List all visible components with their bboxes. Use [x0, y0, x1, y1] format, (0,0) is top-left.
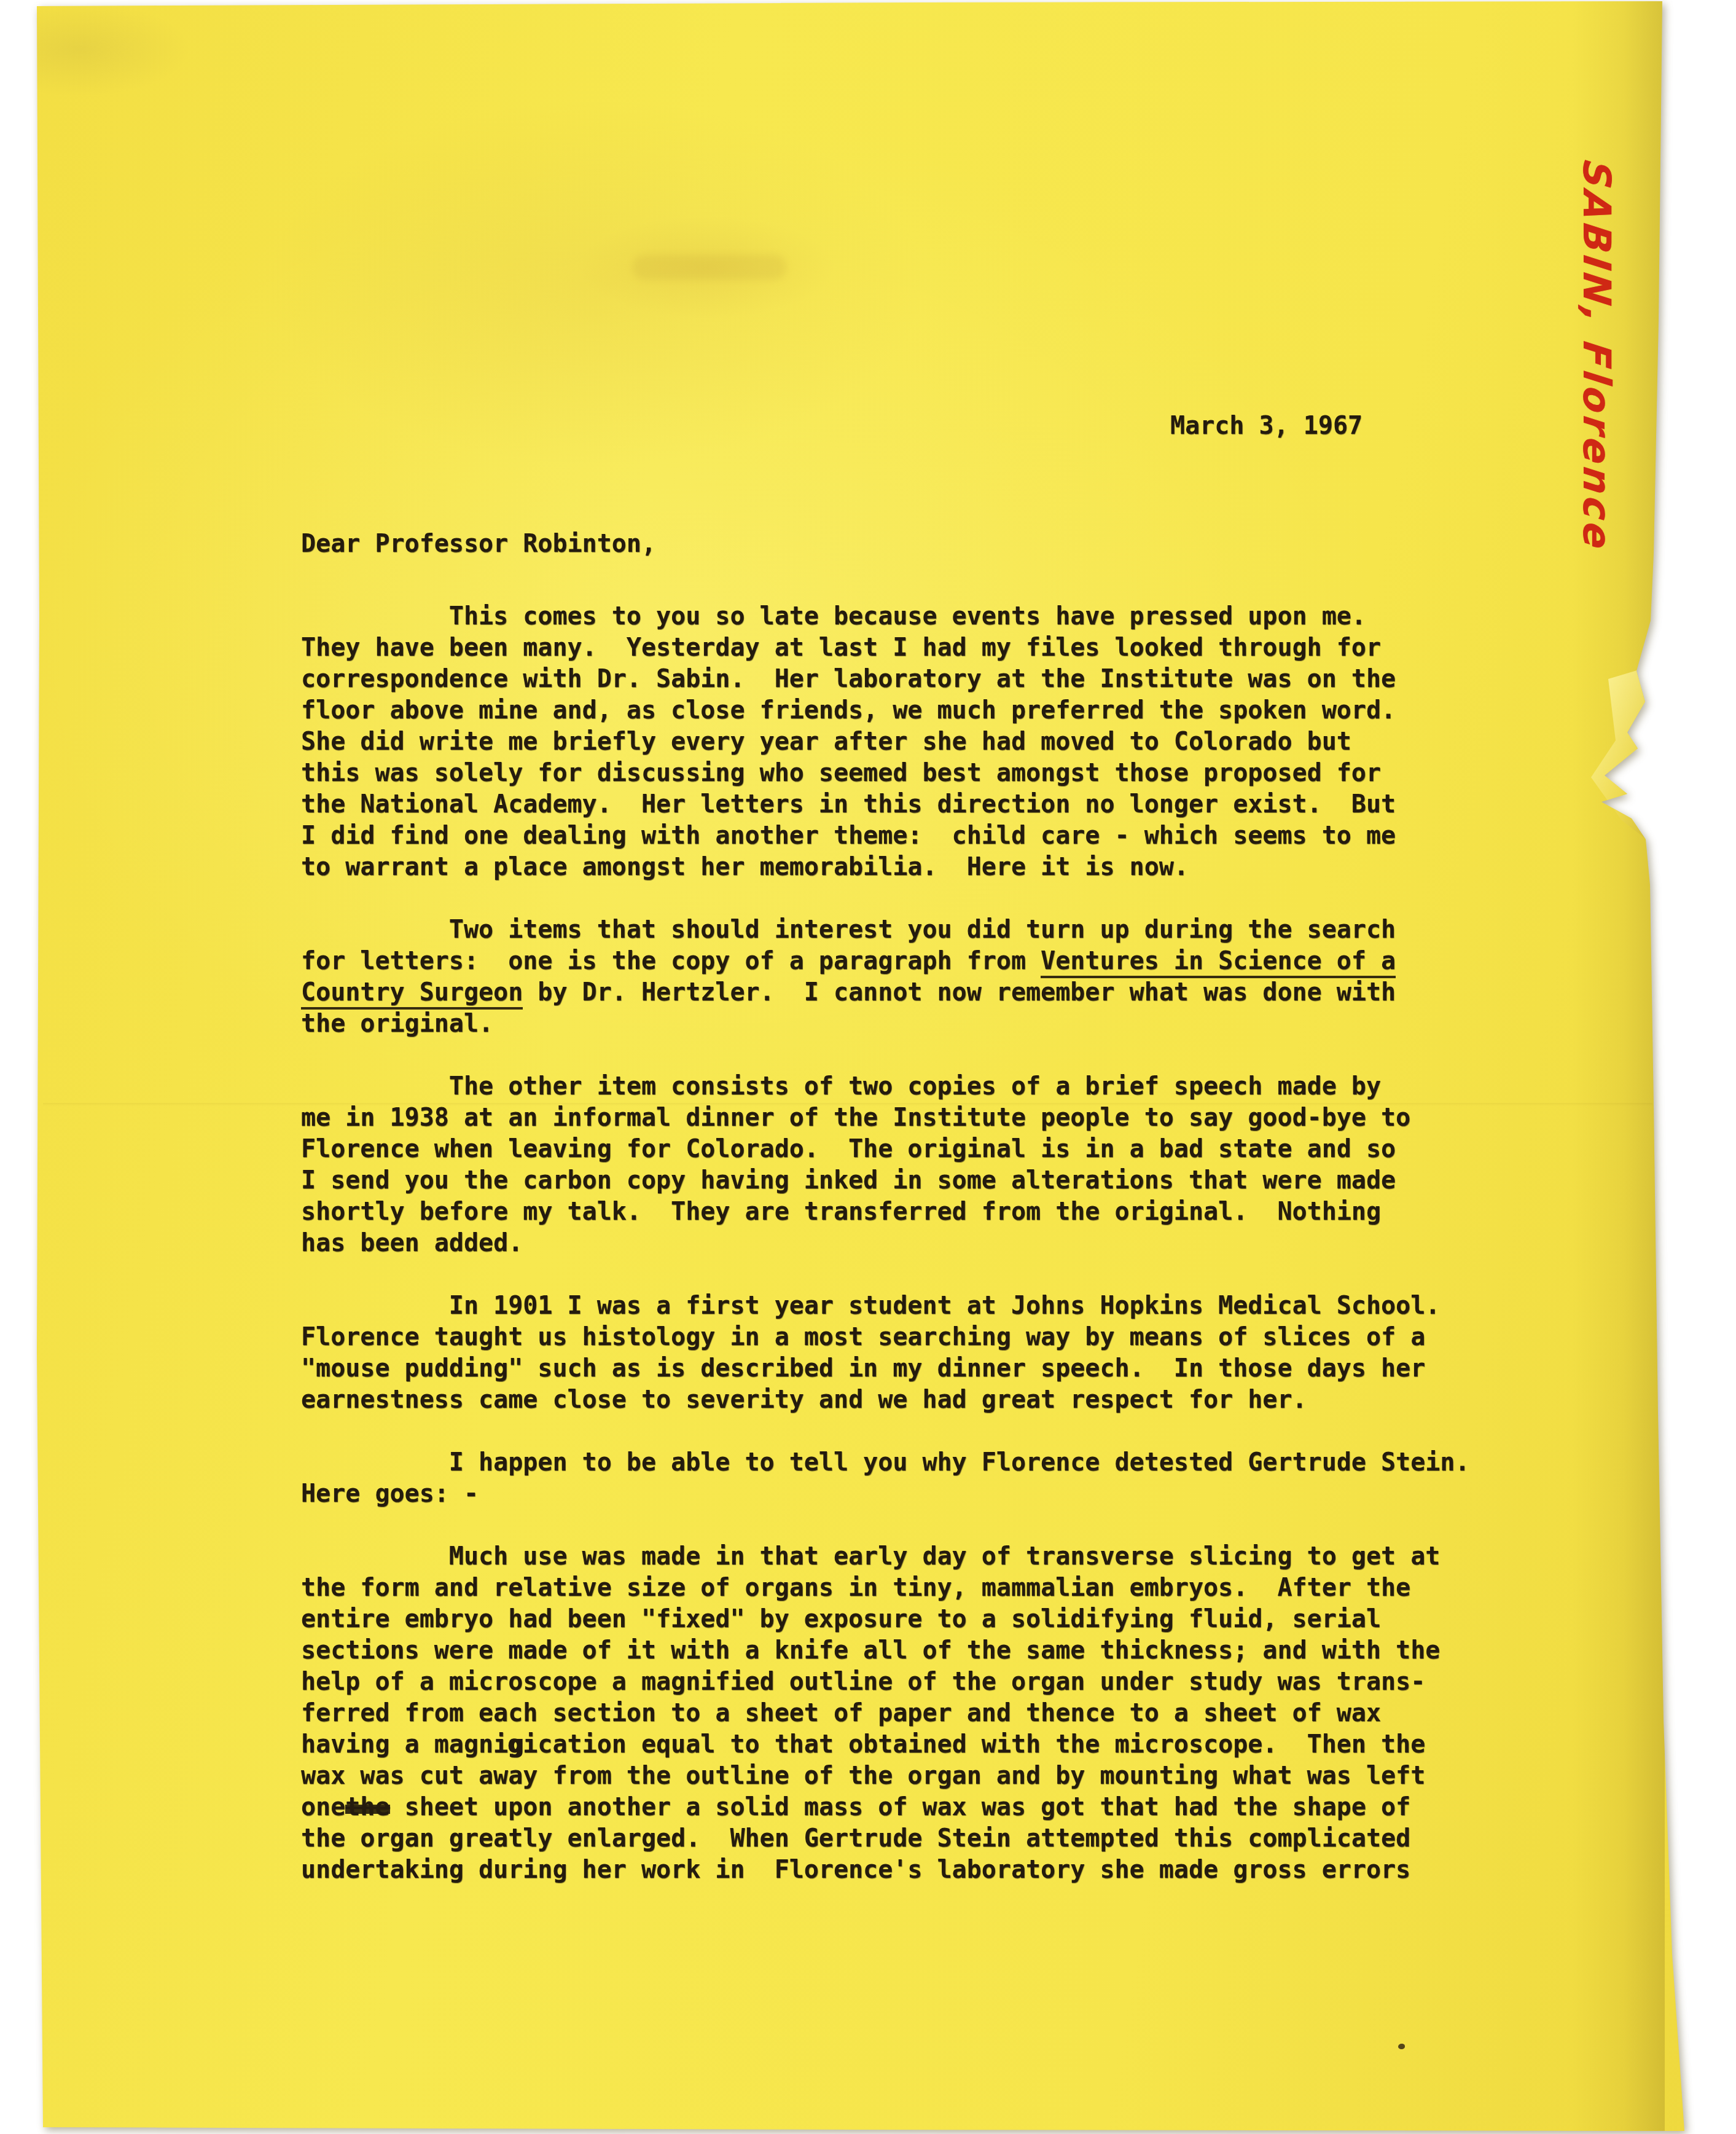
paragraph: In 1901 I was a first year student at Jo…	[301, 1290, 1468, 1416]
paragraph: Two items that should interest you did t…	[301, 914, 1468, 1040]
letter-line: sections were made of it with a knife al…	[301, 1635, 1468, 1666]
letter-line: floor above mine and, as close friends, …	[301, 695, 1468, 726]
letter-line: has been added.	[301, 1228, 1468, 1259]
letter-line: I send you the carbon copy having inked …	[301, 1165, 1468, 1196]
paper-smudge	[633, 255, 786, 280]
letter-line: "mouse pudding" such as is described in …	[301, 1353, 1468, 1384]
letter-line: onethe sheet upon another a solid mass o…	[301, 1792, 1468, 1823]
letter-line: Florence taught us histology in a most s…	[301, 1322, 1468, 1353]
scanned-letter: March 3, 1967 Dear Professor Robinton, T…	[0, 0, 1736, 2134]
letter-line: I did find one dealing with another them…	[301, 820, 1468, 852]
letter-line: This comes to you so late because events…	[301, 601, 1468, 632]
letter-line: earnestness came close to severity and w…	[301, 1384, 1468, 1416]
letter-line: having a magnigication equal to that obt…	[301, 1729, 1468, 1760]
letter-line: for letters: one is the copy of a paragr…	[301, 946, 1468, 977]
letter-line: the original.	[301, 1008, 1468, 1040]
letter-line: ferred from each section to a sheet of p…	[301, 1698, 1468, 1729]
paragraph: This comes to you so late because events…	[301, 601, 1468, 883]
paragraph: The other item consists of two copies of…	[301, 1071, 1468, 1259]
letter-line: the form and relative size of organs in …	[301, 1572, 1468, 1604]
letter-line: Much use was made in that early day of t…	[301, 1541, 1468, 1572]
ink-speck	[1398, 2044, 1405, 2049]
letter-line: undertaking during her work in Florence'…	[301, 1854, 1468, 1886]
letter-line: The other item consists of two copies of…	[301, 1071, 1468, 1102]
letter-line: Two items that should interest you did t…	[301, 914, 1468, 946]
yellow-paper-sheet: March 3, 1967 Dear Professor Robinton, T…	[0, 0, 1736, 2134]
letter-line: me in 1938 at an informal dinner of the …	[301, 1102, 1468, 1134]
letter-salutation: Dear Professor Robinton,	[301, 528, 656, 560]
letter-line: Country Surgeon by Dr. Hertzler. I canno…	[301, 977, 1468, 1008]
letter-line: She did write me briefly every year afte…	[301, 726, 1468, 758]
letter-line: entire embryo had been "fixed" by exposu…	[301, 1604, 1468, 1635]
archival-annotation-handwritten: SABIN, Florence	[1574, 158, 1619, 555]
letter-line: shortly before my talk. They are transfe…	[301, 1196, 1468, 1228]
paragraph: I happen to be able to tell you why Flor…	[301, 1447, 1468, 1510]
letter-line: help of a microscope a magnified outline…	[301, 1666, 1468, 1698]
letter-body: This comes to you so late because events…	[301, 601, 1468, 1917]
letter-line: In 1901 I was a first year student at Jo…	[301, 1290, 1468, 1322]
letter-line: Florence when leaving for Colorado. The …	[301, 1134, 1468, 1165]
paragraph: Much use was made in that early day of t…	[301, 1541, 1468, 1886]
letter-line: Here goes: -	[301, 1478, 1468, 1510]
letter-line: correspondence with Dr. Sabin. Her labor…	[301, 664, 1468, 695]
torn-edge-fold	[1591, 667, 1659, 851]
letter-line: wax was cut away from the outline of the…	[301, 1760, 1468, 1792]
letter-line: I happen to be able to tell you why Flor…	[301, 1447, 1468, 1478]
letter-date: March 3, 1967	[1170, 410, 1363, 442]
letter-line: the National Academy. Her letters in thi…	[301, 789, 1468, 820]
letter-line: the organ greatly enlarged. When Gertrud…	[301, 1823, 1468, 1854]
letter-line: They have been many. Yesterday at last I…	[301, 632, 1468, 664]
letter-line: this was solely for discussing who seeme…	[301, 758, 1468, 789]
letter-line: to warrant a place amongst her memorabil…	[301, 852, 1468, 883]
